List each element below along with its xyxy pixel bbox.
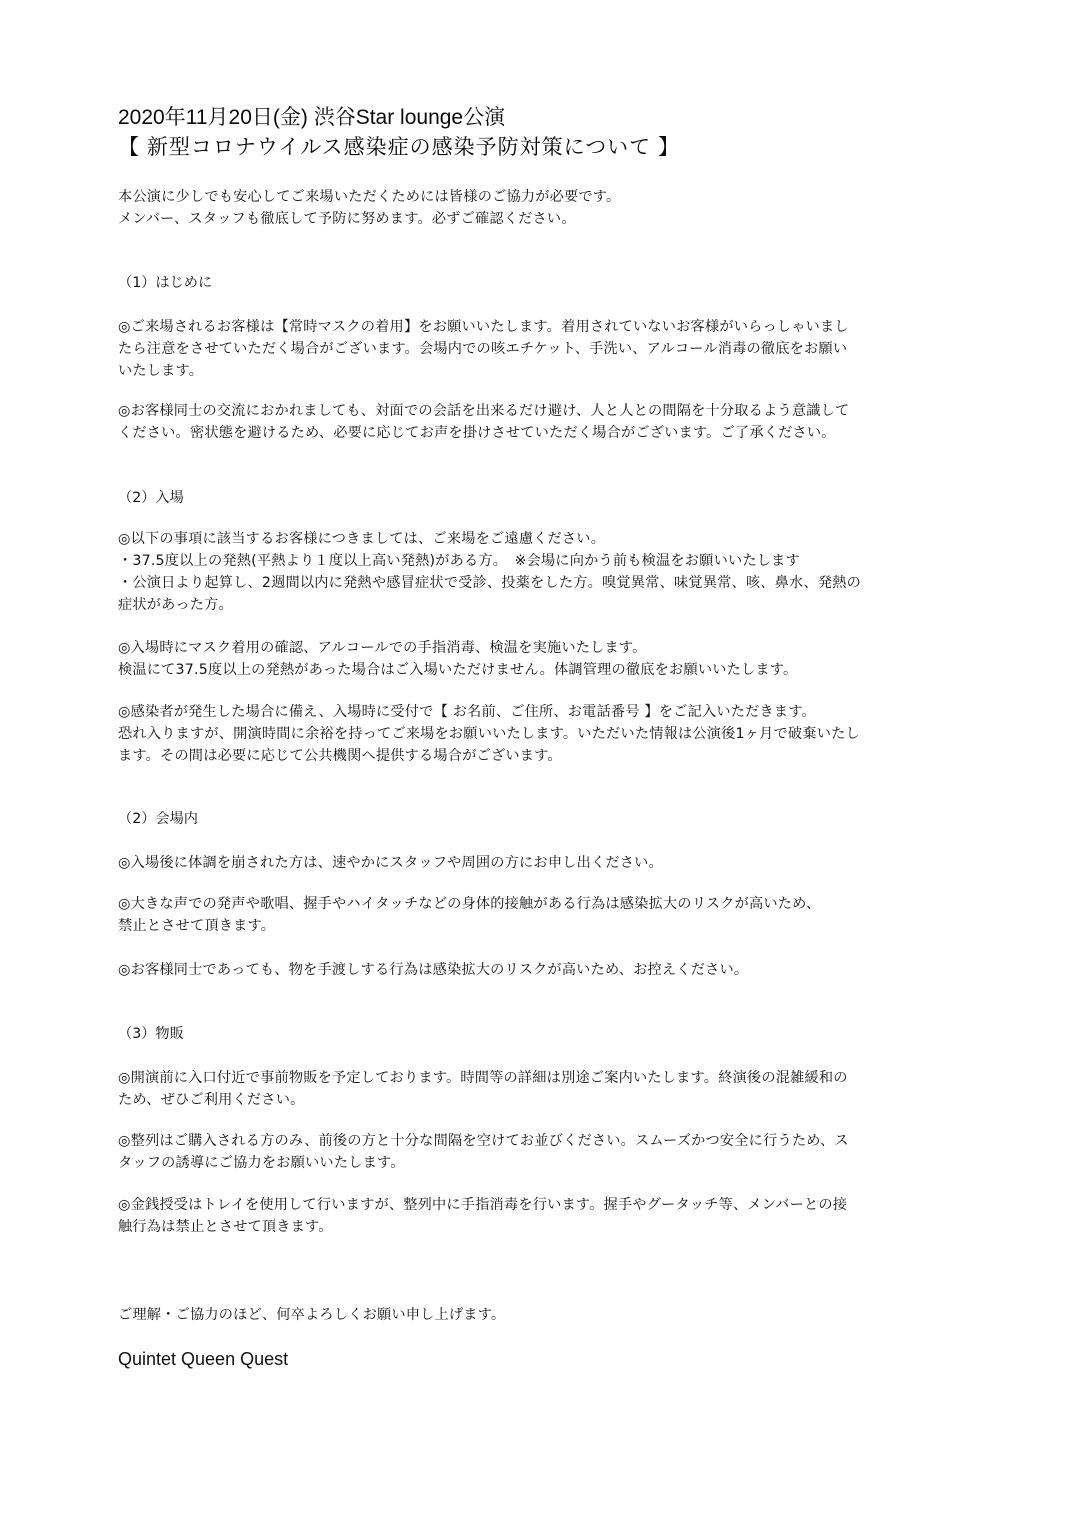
paragraph-line: ◎金銭授受はトレイを使用して行いますが、整列中に手指消毒を行います。握手やグータ… xyxy=(118,1194,968,1216)
paragraph-line: ◎感染者が発生した場合に備え、入場時に受付で【 お名前、ご住所、お電話番号 】を… xyxy=(118,701,968,723)
paragraph-line: ◎以下の事項に該当するお客様につきましては、ご来場をご遠慮ください。 xyxy=(118,528,968,550)
paragraph-line: 検温にて37.5度以上の発熱があった場合はご入場いただけません。体調管理の徹底を… xyxy=(118,659,968,681)
section-heading-venue: （2）会場内 xyxy=(118,808,968,830)
paragraph: ◎お客様同士であっても、物を手渡しする行為は感染拡大のリスクが高いため、お控えく… xyxy=(118,959,968,981)
paragraph: ◎お客様同士の交流におかれましても、対面での会話を出来るだけ避け、人と人との間隔… xyxy=(118,400,968,444)
section-heading-introduction: （1）はじめに xyxy=(118,272,968,294)
paragraph-line: ◎お客様同士であっても、物を手渡しする行為は感染拡大のリスクが高いため、お控えく… xyxy=(118,959,968,981)
paragraph-line: タッフの誘導にご協力をお願いいたします。 xyxy=(118,1152,968,1174)
paragraph-line: ◎大きな声での発声や歌唱、握手やハイタッチなどの身体的接触がある行為は感染拡大の… xyxy=(118,893,968,915)
paragraph-line: ◎お客様同士の交流におかれましても、対面での会話を出来るだけ避け、人と人との間隔… xyxy=(118,400,968,422)
paragraph: ◎入場時にマスク着用の確認、アルコールでの手指消毒、検温を実施いたします。 検温… xyxy=(118,637,968,681)
section-heading-entry: （2）入場 xyxy=(118,487,968,509)
paragraph-line: ・公演日より起算し、2週間以内に発熱や感冒症状で受診、投薬をした方。嗅覚異常、味… xyxy=(118,572,968,594)
paragraph-line: ため、ぜひご利用ください。 xyxy=(118,1089,968,1111)
paragraph: ◎金銭授受はトレイを使用して行いますが、整列中に手指消毒を行います。握手やグータ… xyxy=(118,1194,968,1238)
paragraph-line: たら注意をさせていただく場合がございます。会場内での咳エチケット、手洗い、アルコ… xyxy=(118,338,968,360)
paragraph-line: ◎整列はご購入される方のみ、前後の方と十分な間隔を空けてお並びください。スムーズ… xyxy=(118,1130,968,1152)
paragraph-line: 症状があった方。 xyxy=(118,594,968,616)
paragraph: ◎以下の事項に該当するお客様につきましては、ご来場をご遠慮ください。 ・37.5… xyxy=(118,528,968,616)
paragraph: ◎整列はご購入される方のみ、前後の方と十分な間隔を空けてお並びください。スムーズ… xyxy=(118,1130,968,1174)
intro-paragraph: 本公演に少しでも安心してご来場いただくためには皆様のご協力が必要です。 メンバー… xyxy=(118,186,968,230)
paragraph-line: ◎入場時にマスク着用の確認、アルコールでの手指消毒、検温を実施いたします。 xyxy=(118,637,968,659)
paragraph-line: ください。密状態を避けるため、必要に応じてお声を掛けさせていただく場合がございま… xyxy=(118,422,968,444)
intro-line: 本公演に少しでも安心してご来場いただくためには皆様のご協力が必要です。 xyxy=(118,186,968,208)
paragraph-line: 禁止とさせて頂きます。 xyxy=(118,915,968,937)
document-title: 2020年11月20日(金) 渋谷Star lounge公演 【 新型コロナウイ… xyxy=(118,103,968,163)
paragraph-line: ◎ご来場されるお客様は【常時マスクの着用】をお願いいたします。着用されていないお… xyxy=(118,316,968,338)
paragraph: ◎大きな声での発声や歌唱、握手やハイタッチなどの身体的接触がある行為は感染拡大の… xyxy=(118,893,968,937)
intro-line: メンバー、スタッフも徹底して予防に努めます。必ずご確認ください。 xyxy=(118,208,968,230)
closing-line: ご理解・ご協力のほど、何卒よろしくお願い申し上げます。 xyxy=(118,1304,968,1326)
paragraph: ◎入場後に体調を崩された方は、速やかにスタッフや周囲の方にお申し出ください。 xyxy=(118,852,968,874)
paragraph-line: ・37.5度以上の発熱(平熱より１度以上高い発熱)がある方。 ※会場に向かう前も… xyxy=(118,550,968,572)
document-page: 2020年11月20日(金) 渋谷Star lounge公演 【 新型コロナウイ… xyxy=(0,0,1077,1523)
paragraph-line: ◎開演前に入口付近で事前物販を予定しております。時間等の詳細は別途ご案内いたしま… xyxy=(118,1067,968,1089)
paragraph-line: 触行為は禁止とさせて頂きます。 xyxy=(118,1216,968,1238)
section-heading-merchandise: （3）物販 xyxy=(118,1023,968,1045)
paragraph-line: ◎入場後に体調を崩された方は、速やかにスタッフや周囲の方にお申し出ください。 xyxy=(118,852,968,874)
paragraph-line: いたします。 xyxy=(118,360,968,382)
paragraph: ◎ご来場されるお客様は【常時マスクの着用】をお願いいたします。着用されていないお… xyxy=(118,316,968,382)
paragraph: ◎感染者が発生した場合に備え、入場時に受付で【 お名前、ご住所、お電話番号 】を… xyxy=(118,701,968,767)
paragraph-line: ます。その間は必要に応じて公共機関へ提供する場合がございます。 xyxy=(118,745,968,767)
title-event-line: 2020年11月20日(金) 渋谷Star lounge公演 xyxy=(118,103,968,133)
paragraph-line: 恐れ入りますが、開演時間に余裕を持ってご来場をお願いいたします。いただいた情報は… xyxy=(118,723,968,745)
paragraph: ◎開演前に入口付近で事前物販を予定しております。時間等の詳細は別途ご案内いたしま… xyxy=(118,1067,968,1111)
title-subject-line: 【 新型コロナウイルス感染症の感染予防対策について 】 xyxy=(118,133,968,163)
signature: Quintet Queen Quest xyxy=(118,1347,968,1371)
